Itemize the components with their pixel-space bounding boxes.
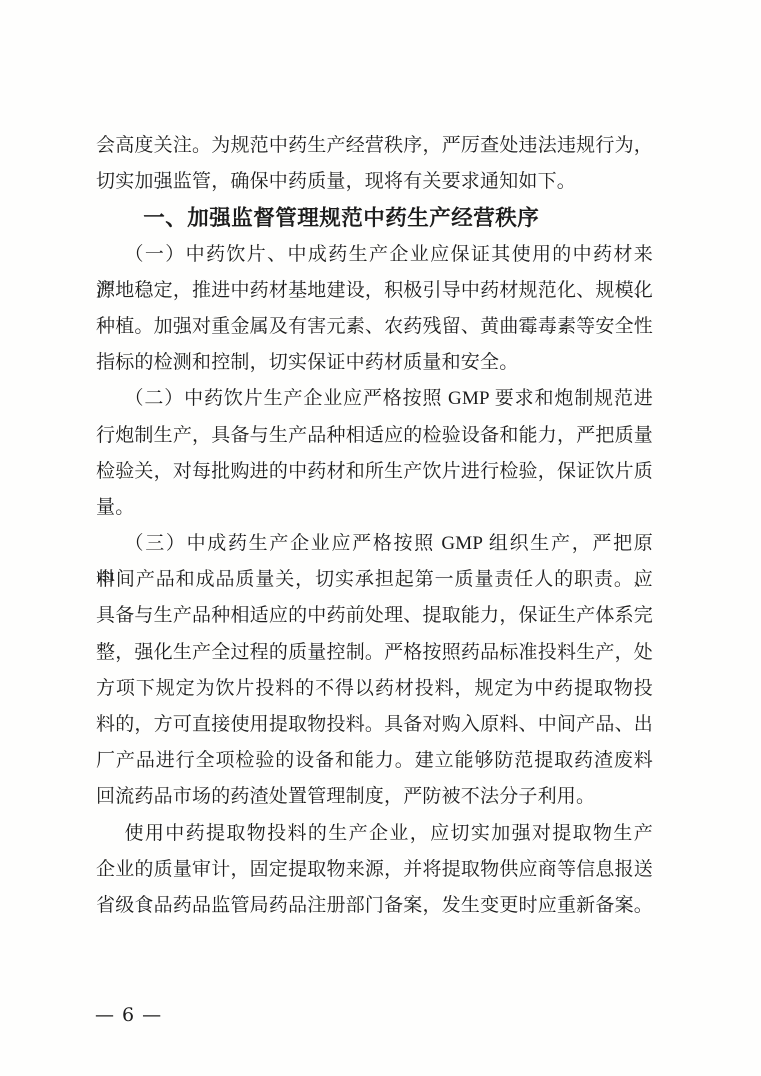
text-line: 使用中药提取物投料的生产企业，应切实加强对提取物生产 bbox=[96, 816, 653, 852]
section-heading: 一、加强监督管理规范中药生产经营秩序 bbox=[96, 200, 653, 236]
text-line: 方项下规定为饮片投料的不得以药材投料，规定为中药提取物投 bbox=[96, 671, 653, 707]
text-line: 切实加强监管，确保中药质量，现将有关要求通知如下。 bbox=[96, 164, 653, 200]
text-line: 指标的检测和控制，切实保证中药材质量和安全。 bbox=[96, 345, 653, 381]
text-line: 产地稳定，推进中药材基地建设，积极引导中药材规范化、规模化 bbox=[96, 273, 653, 309]
text-line: 量。 bbox=[96, 490, 653, 526]
document-body: 会高度关注。为规范中药生产经营秩序，严厉查处违法违规行为， 切实加强监管，确保中… bbox=[96, 128, 653, 924]
text-line: 厂产品进行全项检验的设备和能力。建立能够防范提取药渣废料 bbox=[96, 743, 653, 779]
text-line: 整，强化生产全过程的质量控制。严格按照药品标准投料生产，处 bbox=[96, 635, 653, 671]
text-line: 省级食品药品监管局药品注册部门备案，发生变更时应重新备案。 bbox=[96, 888, 653, 924]
text-line: （三）中成药生产企业应严格按照 GMP 组织生产，严把原料、 bbox=[96, 526, 653, 562]
page-number: — 6 — bbox=[95, 1004, 162, 1026]
scanned-page: 会高度关注。为规范中药生产经营秩序，严厉查处违法违规行为， 切实加强监管，确保中… bbox=[0, 0, 761, 1076]
text-line: 回流药品市场的药渣处置管理制度，严防被不法分子利用。 bbox=[96, 779, 653, 815]
text-line: 行炮制生产，具备与生产品种相适应的检验设备和能力，严把质量 bbox=[96, 418, 653, 454]
text-line: 企业的质量审计，固定提取物来源，并将提取物供应商等信息报送 bbox=[96, 852, 653, 888]
text-line: 具备与生产品种相适应的中药前处理、提取能力，保证生产体系完 bbox=[96, 598, 653, 634]
text-line: （二）中药饮片生产企业应严格按照 GMP 要求和炮制规范进 bbox=[96, 381, 653, 417]
text-line: 中间产品和成品质量关，切实承担起第一质量责任人的职责。应 bbox=[96, 562, 653, 598]
text-line: 料的，方可直接使用提取物投料。具备对购入原料、中间产品、出 bbox=[96, 707, 653, 743]
text-line: 种植。加强对重金属及有害元素、农药残留、黄曲霉毒素等安全性 bbox=[96, 309, 653, 345]
text-line: 会高度关注。为规范中药生产经营秩序，严厉查处违法违规行为， bbox=[96, 128, 653, 164]
text-line: （一）中药饮片、中成药生产企业应保证其使用的中药材来源、 bbox=[96, 237, 653, 273]
text-line: 检验关，对每批购进的中药材和所生产饮片进行检验，保证饮片质 bbox=[96, 454, 653, 490]
